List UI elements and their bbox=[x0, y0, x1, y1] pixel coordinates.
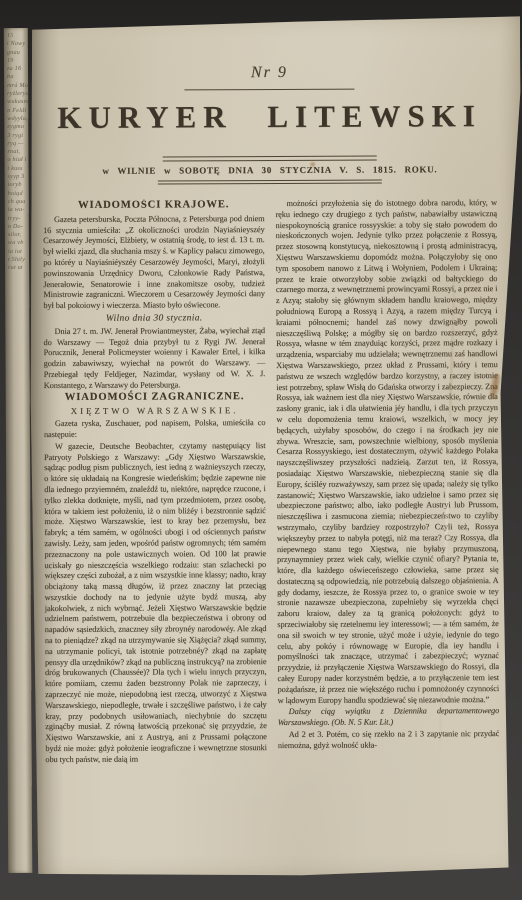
newspaper-page: Nr 9 KURYER LITEWSKI w WILNIE w SOBOTĘ D… bbox=[26, 13, 522, 879]
issue-number: Nr 9 bbox=[42, 63, 496, 83]
article-columns: WIADOMOŚCI KRAJOWE. Gazeta petersburska,… bbox=[43, 198, 500, 804]
paragraph-petersburg-report: Gazeta petersburska, Poczta Północna, z … bbox=[43, 214, 265, 312]
scan-background: 15 i Nowy gnau 19 za 16 ba mrá Mo ryżler… bbox=[0, 0, 522, 900]
dateline-rule-top bbox=[163, 156, 377, 161]
section-header-domestic-news: WIADOMOŚCI KRAJOWE. bbox=[43, 200, 265, 212]
right-column: możności przyłożenia się do istotnego do… bbox=[275, 198, 499, 803]
paragraph-patriot-letter: W gazecie, Deutsche Beobachter, czytamy … bbox=[44, 441, 267, 766]
paragraph-riga-gazette-intro: Gazeta ryska, Zuschauer, pod napisem, Po… bbox=[44, 418, 266, 441]
dateline-rule-bottom bbox=[158, 179, 382, 184]
left-column: WIADOMOŚCI KRAJOWE. Gazeta petersburska,… bbox=[43, 199, 267, 804]
paragraph-continuation-note: Dalszy ciąg wyiątku z Dziennika departam… bbox=[278, 706, 500, 729]
masthead: Nr 9 KURYER LITEWSKI w WILNIE w SOBOTĘ D… bbox=[42, 63, 497, 185]
dateline: w WILNIE w SOBOTĘ DNIA 30 STYCZNIA V. S.… bbox=[43, 164, 497, 176]
newspaper-title: KURYER LITEWSKI bbox=[42, 98, 496, 136]
paragraph-patriot-letter-continued: możności przyłożenia się do istotnego do… bbox=[275, 198, 499, 706]
paragraph-vilnius-news: Dnia 27 t. m. JW. Jenerał Prowiantmeyste… bbox=[43, 326, 265, 392]
previous-page-edge: 15 i Nowy gnau 19 za 16 ba mrá Mo ryżler… bbox=[4, 28, 32, 873]
local-dateline-vilnius: Wilno dnia 30 stycznia. bbox=[43, 313, 265, 325]
paragraph-ad-2-et-3: Ad 2 et 3. Potém, co się rzekło na 2 i 3… bbox=[278, 729, 500, 752]
page-content: Nr 9 KURYER LITEWSKI w WILNIE w SOBOTĘ D… bbox=[42, 13, 500, 879]
masthead-rule-top bbox=[184, 89, 354, 91]
previous-page-text-fragments: 15 i Nowy gnau 19 za 16 ba mrá Mo ryżler… bbox=[4, 28, 29, 273]
subsection-header-duchy-of-warsaw: XIĘZTWO WARSZAWSKIE. bbox=[44, 405, 266, 417]
section-header-foreign-news: WIADOMOŚCI ZAGRANICZNE. bbox=[44, 392, 266, 404]
